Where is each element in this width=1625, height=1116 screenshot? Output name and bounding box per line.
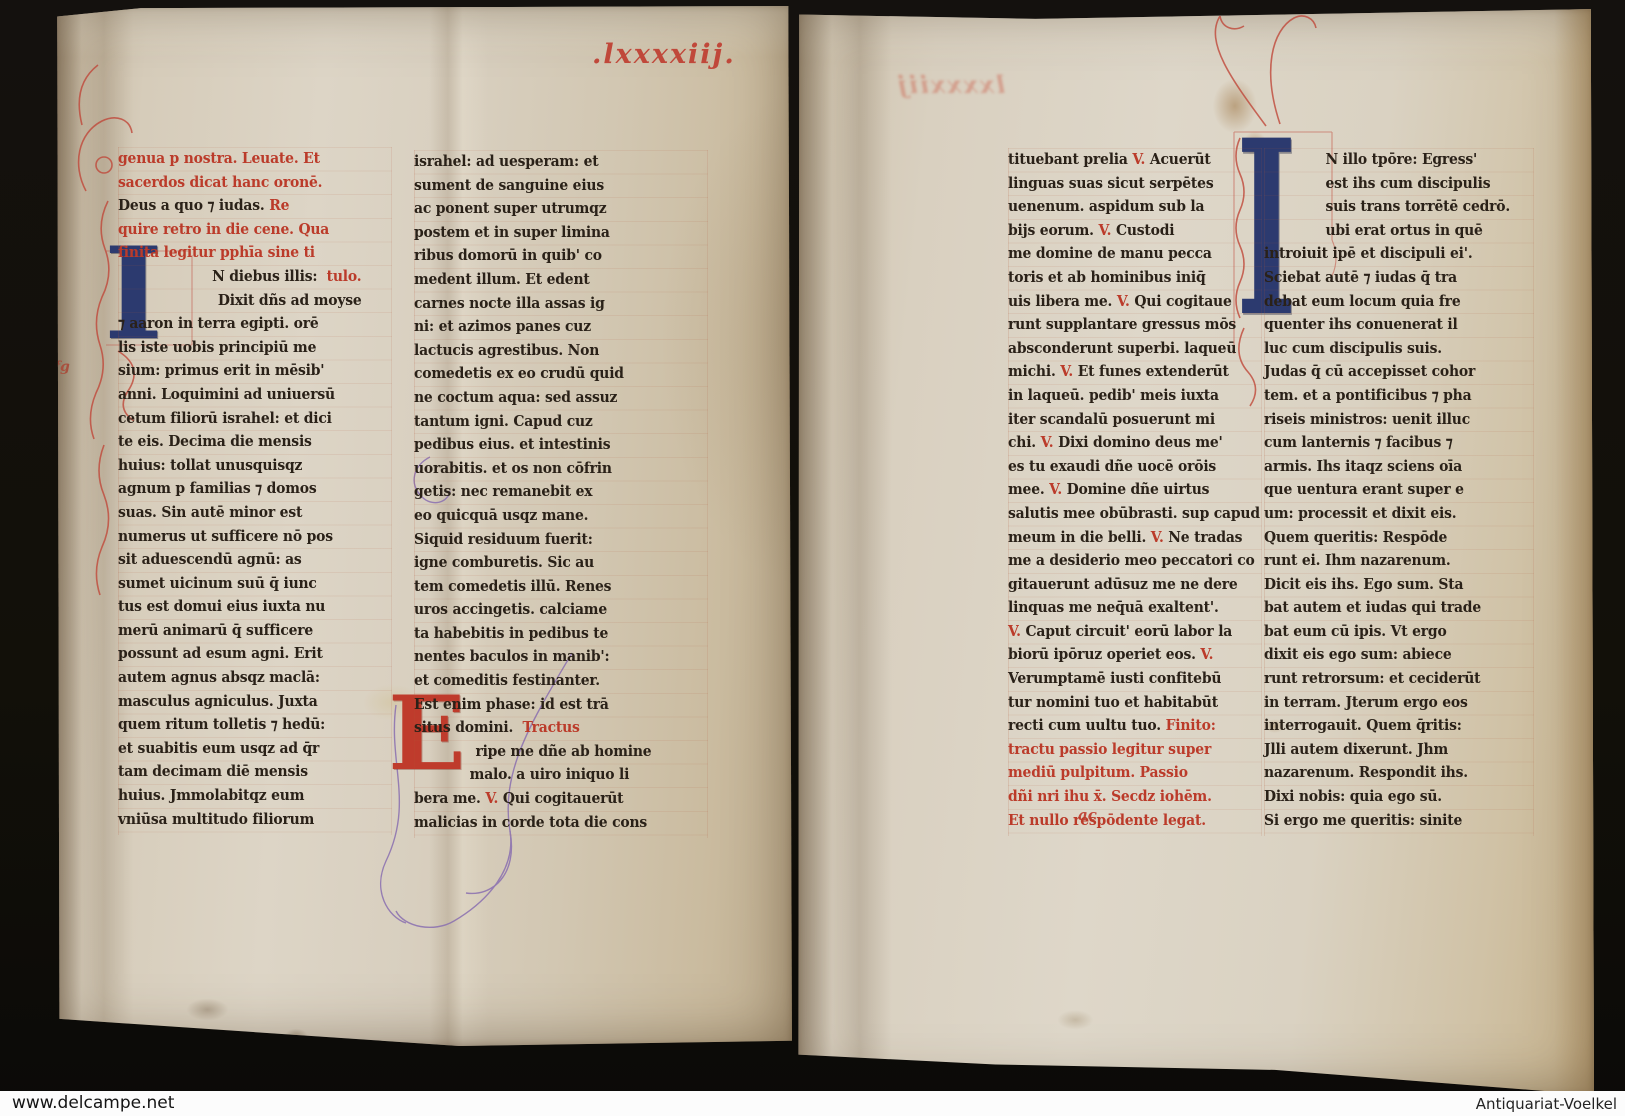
text-line: possunt ad esum agni. Erit bbox=[118, 642, 381, 666]
text-line: recti cum uultu tuo. Finito: bbox=[1008, 714, 1252, 738]
text-line: merū animarū q̄ sufficere bbox=[118, 619, 381, 643]
text-line: uorabitis. et os non cōfrin bbox=[414, 457, 696, 481]
manuscript-leaf-left: .lxxxxiij. fg I E genua p nostra. Leuate… bbox=[52, 5, 792, 1046]
text-line: bera me. V. Qui cogitauerūt bbox=[414, 787, 696, 811]
text-line: linguas suas sicut serpētes bbox=[1008, 172, 1252, 196]
text-line: pedibus eius. et intestinis bbox=[414, 433, 696, 457]
text-line: nazarenum. Respondit ihs. bbox=[1264, 761, 1523, 785]
text-line: interrogauit. Quem q̄ritis: bbox=[1264, 714, 1523, 738]
text-column-right-1: tituebant prelia V. Acuerūtlinguas suas … bbox=[1008, 148, 1262, 836]
folio-number: .lxxxxiij. bbox=[592, 39, 736, 70]
text-line: sacerdos dicat hanc oronē. bbox=[118, 171, 381, 195]
watermark-delcampe: www.delcampe.net bbox=[12, 1093, 174, 1113]
text-line: nentes baculos in manib': bbox=[414, 645, 696, 669]
text-line: cetum filiorū israhel: et dici bbox=[118, 407, 381, 431]
text-line: masculus agniculus. Juxta bbox=[118, 690, 381, 714]
text-line: suis trans torrētē cedrō. bbox=[1264, 195, 1523, 219]
text-line: eo quicquā usqz mane. bbox=[414, 504, 696, 528]
text-line: lis iste uobis principiū me bbox=[118, 336, 381, 360]
text-line: iter scandalū posuerunt mi bbox=[1008, 408, 1252, 432]
text-line: postem et in super limina bbox=[414, 221, 696, 245]
text-line: anni. Loquimini ad uniuersū bbox=[118, 383, 381, 407]
text-line: sium: primus erit in mēsib' bbox=[118, 359, 381, 383]
text-line: tur nomini tuo et habitabūt bbox=[1008, 691, 1252, 715]
text-line: et comeditis festinanter. bbox=[414, 669, 696, 693]
text-line: Dicit eis ihs. Ego sum. Sta bbox=[1264, 573, 1523, 597]
text-line: lactucis agrestibus. Non bbox=[414, 339, 696, 363]
text-line: riseis ministros: uenit illuc bbox=[1264, 408, 1523, 432]
text-line: in laqueū. pedib' meis iuxta bbox=[1008, 384, 1252, 408]
text-line: tem. et a pontificibus ⁊ pha bbox=[1264, 384, 1523, 408]
text-line: debat eum locum quia fre bbox=[1264, 290, 1523, 314]
text-line: N diebus illis: tulo. bbox=[118, 265, 381, 289]
text-line: Dixit dñs ad moyse bbox=[118, 289, 381, 313]
text-column-left-2: israhel: ad uesperam: etsument de sangui… bbox=[414, 150, 708, 838]
margin-note-fg: fg bbox=[54, 359, 70, 375]
watermark-antiquariat-voelkel: Antiquariat-Voelkel bbox=[1476, 1095, 1617, 1113]
text-line: israhel: ad uesperam: et bbox=[414, 150, 696, 174]
text-line: absconderunt superbi. laqueū bbox=[1008, 337, 1252, 361]
text-line: que uentura erant super e bbox=[1264, 478, 1523, 502]
text-line: in terram. Jterum ergo eos bbox=[1264, 691, 1523, 715]
text-line: Est enim phase: id est trā bbox=[414, 693, 696, 717]
text-line: runt supplantare gressus mōs bbox=[1008, 313, 1252, 337]
manuscript-leaf-right: lxxxxiij ac I tituebant prelia V. Acuerū… bbox=[796, 8, 1594, 1096]
text-line: michi. V. Et funes extenderūt bbox=[1008, 360, 1252, 384]
text-line: sit aduescendū agnū: as bbox=[118, 548, 381, 572]
text-line: ne coctum aqua: sed assuz bbox=[414, 386, 696, 410]
text-line: agnum p familias ⁊ domos bbox=[118, 477, 381, 501]
text-line: V. Caput circuit' eorū labor la bbox=[1008, 620, 1252, 644]
text-line: genua p nostra. Leuate. Et bbox=[118, 147, 381, 171]
text-line: gitauerunt adūsuz me ne dere bbox=[1008, 573, 1252, 597]
text-line: dixit eis ego sum: abiece bbox=[1264, 643, 1523, 667]
text-line: Sciebat autē ⁊ iudas q̄ tra bbox=[1264, 266, 1523, 290]
text-line: et suabitis eum usqz ad q̄r bbox=[118, 737, 381, 761]
text-line: tam decimam diē mensis bbox=[118, 760, 381, 784]
text-line: linquas me neq̄uā exaltent'. bbox=[1008, 596, 1252, 620]
text-line: um: processit et dixit eis. bbox=[1264, 502, 1523, 526]
text-line: ⁊ aaron in terra egipti. orē bbox=[118, 312, 381, 336]
text-line: salutis mee obūbrasti. sup capud bbox=[1008, 502, 1252, 526]
text-line: tus est domui eius iuxta nu bbox=[118, 595, 381, 619]
text-line: malo. a uiro iniquo li bbox=[414, 763, 696, 787]
text-line: Siquid residuum fuerit: bbox=[414, 528, 696, 552]
text-line: armis. Ihs itaqz sciens oīa bbox=[1264, 455, 1523, 479]
text-line: bat eum cū ipis. Vt ergo bbox=[1264, 620, 1523, 644]
text-line: situs domini. Tractus bbox=[414, 716, 696, 740]
text-line: mediū pulpitum. Passio bbox=[1008, 761, 1252, 785]
text-line: malicias in corde tota die cons bbox=[414, 811, 696, 835]
text-line: quem ritum tolletis ⁊ hedū: bbox=[118, 713, 381, 737]
text-line: me a desiderio meo peccatori co bbox=[1008, 549, 1252, 573]
text-column-right-2: N illo tpōre: Egress'est ihs cum discipu… bbox=[1264, 148, 1534, 836]
text-line: tantum igni. Capud cuz bbox=[414, 410, 696, 434]
text-line: finita legitur pphīa sine ti bbox=[118, 241, 381, 265]
text-line: Judas q̄ cū accepisset cohor bbox=[1264, 360, 1523, 384]
text-line: cum lanternis ⁊ facibus ⁊ bbox=[1264, 431, 1523, 455]
text-column-left-1: genua p nostra. Leuate. Etsacerdos dicat… bbox=[118, 147, 392, 835]
text-line: getis: nec remanebit ex bbox=[414, 480, 696, 504]
text-line: runt retrorsum: et ceciderūt bbox=[1264, 667, 1523, 691]
text-line: meum in die belli. V. Ne tradas bbox=[1008, 526, 1252, 550]
text-line: igne comburetis. Sic au bbox=[414, 551, 696, 575]
text-line: uis libera me. V. Qui cogitaue bbox=[1008, 290, 1252, 314]
text-line: sumet uicinum suū q̄ iunc bbox=[118, 572, 381, 596]
text-line: chi. V. Dixi domino deus me' bbox=[1008, 431, 1252, 455]
text-line: N illo tpōre: Egress' bbox=[1264, 148, 1523, 172]
text-line: luc cum discipulis suis. bbox=[1264, 337, 1523, 361]
text-line: dñi nri ihu x̄. Secdz iohēm. bbox=[1008, 785, 1252, 809]
text-line: Si ergo me queritis: sinite bbox=[1264, 809, 1523, 833]
text-line: mee. V. Domine dñe uirtus bbox=[1008, 478, 1252, 502]
footer-strip: www.delcampe.net Antiquariat-Voelkel bbox=[0, 1091, 1625, 1116]
text-line: bijs eorum. V. Custodi bbox=[1008, 219, 1252, 243]
text-line: es tu exaudi dñe uocē orōis bbox=[1008, 455, 1252, 479]
text-line: biorū ipōruz operiet eos. V. bbox=[1008, 643, 1252, 667]
text-line: huius: tollat unusquisqz bbox=[118, 454, 381, 478]
text-line: runt ei. Ihm nazarenum. bbox=[1264, 549, 1523, 573]
text-line: tem comedetis illū. Renes bbox=[414, 575, 696, 599]
text-line: ubi erat ortus in quē bbox=[1264, 219, 1523, 243]
manuscript-photo: .lxxxxiij. fg I E genua p nostra. Leuate… bbox=[0, 0, 1625, 1116]
text-line: bat autem et iudas qui trade bbox=[1264, 596, 1523, 620]
text-line: ni: et azimos panes cuz bbox=[414, 315, 696, 339]
text-line: uenenum. aspidum sub la bbox=[1008, 195, 1252, 219]
text-line: autem agnus absqz maclā: bbox=[118, 666, 381, 690]
text-line: suas. Sin autē minor est bbox=[118, 501, 381, 525]
text-line: me domine de manu pecca bbox=[1008, 242, 1252, 266]
text-line: ac ponent super utrumqz bbox=[414, 197, 696, 221]
text-line: ta habebitis in pedibus te bbox=[414, 622, 696, 646]
text-line: huius. Jmmolabitqz eum bbox=[118, 784, 381, 808]
text-line: Dixi nobis: quia ego sū. bbox=[1264, 785, 1523, 809]
text-line: comedetis ex eo crudū quid bbox=[414, 362, 696, 386]
text-line: te eis. Decima die mensis bbox=[118, 430, 381, 454]
text-line: sument de sanguine eius bbox=[414, 174, 696, 198]
text-line: uros accingetis. calciame bbox=[414, 598, 696, 622]
text-line: toris et ab hominibus iniq̄ bbox=[1008, 266, 1252, 290]
text-line: numerus ut sufficere nō pos bbox=[118, 525, 381, 549]
text-line: Quem queritis: Respōde bbox=[1264, 526, 1523, 550]
folio-number-offset-ghost: lxxxxiij bbox=[896, 70, 1005, 99]
text-line: ribus domorū in quib' co bbox=[414, 244, 696, 268]
text-line: Deus a quo ⁊ iudas. Re bbox=[118, 194, 381, 218]
text-line: est ihs cum discipulis bbox=[1264, 172, 1523, 196]
text-line: carnes nocte illa assas ig bbox=[414, 292, 696, 316]
text-line: tituebant prelia V. Acuerūt bbox=[1008, 148, 1252, 172]
text-line: Verumptamē iusti confitebū bbox=[1008, 667, 1252, 691]
text-line: medent illum. Et edent bbox=[414, 268, 696, 292]
text-line: ripe me dñe ab homine bbox=[414, 740, 696, 764]
text-line: quire retro in die cene. Qua bbox=[118, 218, 381, 242]
text-line: vniūsa multitudo filiorum bbox=[118, 808, 381, 832]
text-line: Et nullo respōdente legat. bbox=[1008, 809, 1252, 833]
text-line: Jlli autem dixerunt. Jhm bbox=[1264, 738, 1523, 762]
text-line: tractu passio legitur super bbox=[1008, 738, 1252, 762]
text-line: introiuit ipē et discipuli ei'. bbox=[1264, 242, 1523, 266]
text-line: quenter ihs conuenerat il bbox=[1264, 313, 1523, 337]
